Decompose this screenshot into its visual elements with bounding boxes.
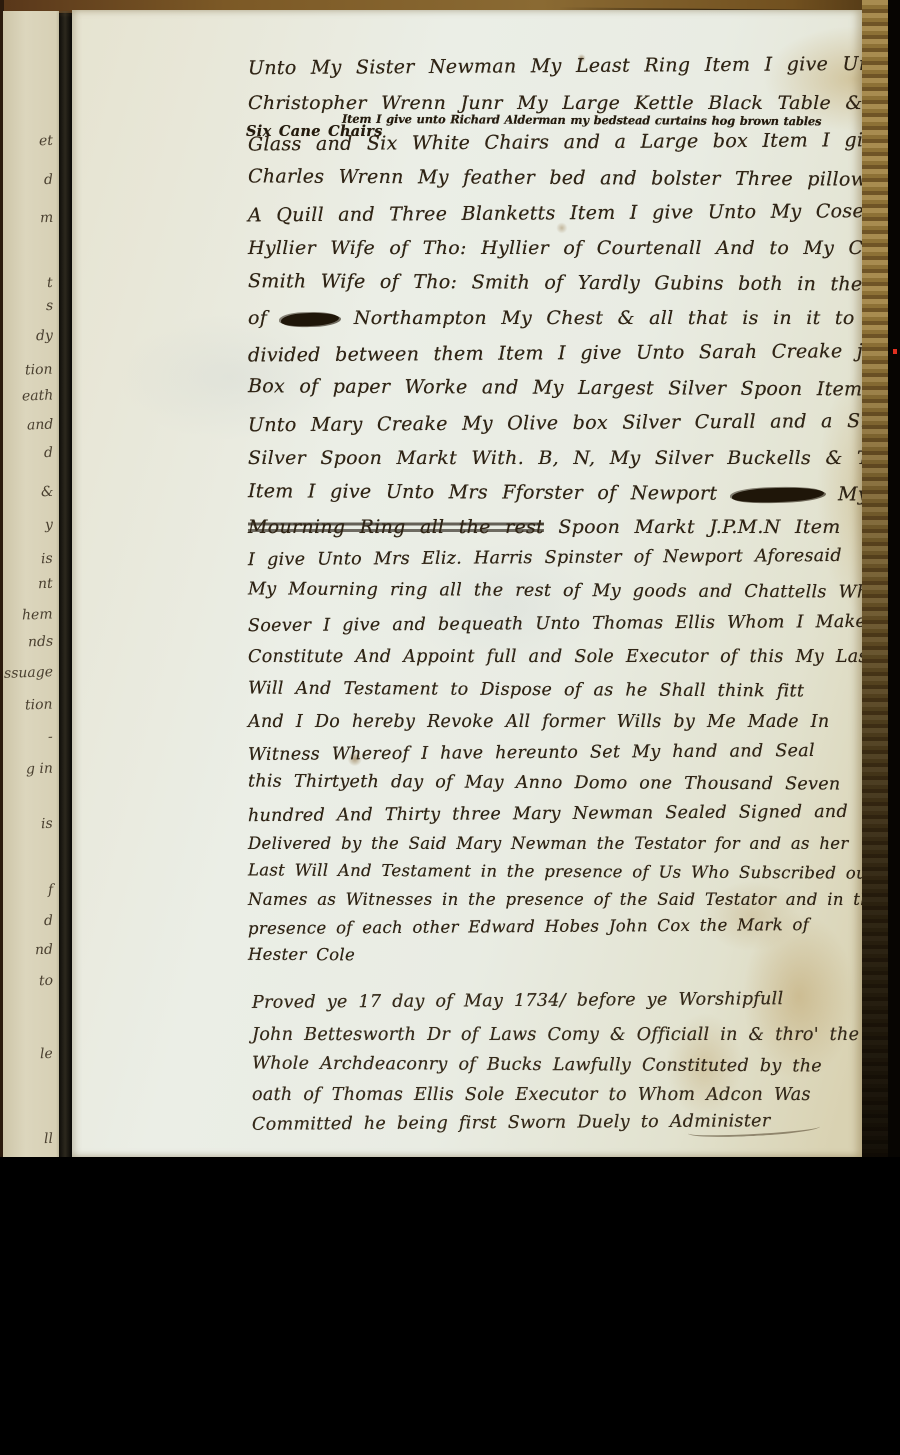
margin-fragment: s <box>46 298 54 314</box>
margin-fragment: is <box>41 551 53 567</box>
margin-fragment: hem <box>22 606 53 623</box>
will-line: Item I give Unto Mrs Fforster of Newport… <box>248 480 900 506</box>
will-line: A Quill and Three Blanketts Item I give … <box>248 200 900 227</box>
will-line: And I Do hereby Revoke All former Wills … <box>248 712 829 732</box>
adjacent-page-sliver: et d m t s dy tion eath and d & y is nt … <box>3 11 59 1158</box>
will-line: Glass and Six White Chairs and a Large b… <box>248 129 900 156</box>
will-text: of <box>248 307 267 329</box>
will-line: Will And Testament to Dispose of as he S… <box>248 679 804 702</box>
margin-fragment: f <box>48 882 54 898</box>
margin-fragment: d <box>44 172 54 188</box>
will-line: Charles Wrenn My feather bed and bolster… <box>248 165 877 190</box>
margin-fragment: t <box>47 275 53 291</box>
will-line: this Thirtyeth day of May Anno Domo one … <box>248 771 841 794</box>
will-line: Mourning Ring all the rest Spoon Markt J… <box>248 516 841 538</box>
margin-fragment: and <box>26 417 53 434</box>
margin-fragment: g in <box>26 761 53 778</box>
probate-line: oath of Thomas Ellis Sole Executor to Wh… <box>252 1085 811 1105</box>
margin-fragment: ll <box>44 1131 54 1147</box>
red-artifact-dot <box>893 349 897 354</box>
will-line: Constitute And Appoint full and Sole Exe… <box>248 647 875 667</box>
witness-signature-line: Hester Cole <box>248 945 355 965</box>
will-line: Silver Spoon Markt With. B, N, My Silver… <box>248 447 900 469</box>
will-line: hundred And Thirty three Mary Newman Sea… <box>248 802 848 826</box>
margin-fragment: - <box>48 729 53 745</box>
will-line: I give Unto Mrs Eliz. Harris Spinster of… <box>248 546 842 570</box>
margin-fragment: & <box>40 484 53 500</box>
will-line: Hyllier Wife of Tho: Hyllier of Courtena… <box>248 237 900 259</box>
margin-fragment: tion <box>25 362 53 379</box>
will-line: divided between them Item I give Unto Sa… <box>248 340 900 367</box>
will-text: Item I give Unto Mrs Fforster of Newport <box>248 480 717 504</box>
margin-fragment: eath <box>21 387 53 404</box>
margin-fragment: nt <box>38 576 53 593</box>
margin-fragment: tion <box>25 697 53 714</box>
will-line: Unto My Sister Newman My Least Ring Item… <box>248 53 891 79</box>
ink-blot <box>281 311 339 326</box>
margin-fragment: y <box>45 517 53 533</box>
will-line: of Northampton My Chest & all that is in… <box>248 307 900 329</box>
will-text: Spoon Markt J.P.M.N Item <box>558 516 840 538</box>
book-fore-edge <box>862 0 889 1157</box>
will-line: Witness Whereof I have hereunto Set My h… <box>248 741 815 765</box>
ink-blot <box>732 487 824 504</box>
crossed-out-text: Mourning Ring all the rest <box>248 516 544 538</box>
probate-line: John Bettesworth Dr of Laws Comy & Offic… <box>252 1025 859 1045</box>
will-line: Names as Witnesses in the presence of th… <box>248 890 881 909</box>
manuscript-page: Unto My Sister Newman My Least Ring Item… <box>72 10 862 1157</box>
background-right <box>888 0 900 1157</box>
will-line: Last Will And Testament in the presence … <box>248 860 875 882</box>
margin-fragment: m <box>39 210 53 226</box>
will-text: Northampton My Chest & all that is in it… <box>354 307 900 329</box>
manuscript-photo: et d m t s dy tion eath and d & y is nt … <box>0 0 900 1455</box>
margin-fragment: le <box>40 1046 53 1062</box>
will-line: Soever I give and bequeath Unto Thomas E… <box>248 612 866 636</box>
will-line: Smith Wife of Tho: Smith of Yardly Gubin… <box>248 270 900 296</box>
margin-fragment: nds <box>28 634 54 651</box>
margin-fragment: dy <box>36 328 53 345</box>
will-line: Delivered by the Said Mary Newman the Te… <box>248 834 849 853</box>
margin-fragment: ssuage <box>4 664 54 682</box>
margin-fragment: is <box>41 816 53 832</box>
will-line: My Mourning ring all the rest of My good… <box>248 579 887 602</box>
probate-line: Whole Archdeaconry of Bucks Lawfully Con… <box>252 1054 822 1077</box>
margin-fragment: d <box>44 913 54 929</box>
will-line: Unto Mary Creake My Olive box Silver Cur… <box>248 410 900 437</box>
will-line: Box of paper Worke and My Largest Silver… <box>248 375 900 401</box>
margin-fragment: nd <box>35 942 54 959</box>
probate-line: Proved ye 17 day of May 1734/ before ye … <box>252 989 784 1013</box>
margin-fragment: et <box>39 133 53 149</box>
margin-fragment: to <box>39 973 54 989</box>
will-line: Christopher Wrenn Junr My Large Kettle B… <box>248 92 863 114</box>
letterbox-bottom <box>0 1157 900 1455</box>
margin-fragment: d <box>44 445 54 461</box>
will-line: presence of each other Edward Hobes John… <box>248 915 809 938</box>
will-interline-insertion: Item I give unto Richard Alderman my bed… <box>342 112 821 129</box>
